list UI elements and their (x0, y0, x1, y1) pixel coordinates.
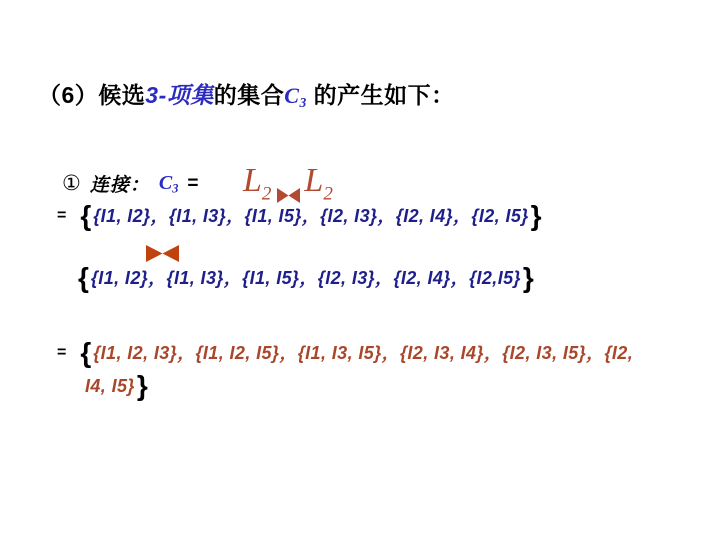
c3-itemsets-text-row1: {I1, I2, I3}，{I1, I2, I5}，{I1, I3, I5}，{… (93, 340, 633, 366)
title-suffix: 的产生如下： (307, 82, 455, 108)
title-c3-symbol: C3 (284, 83, 307, 108)
title-prefix: （6）候选 (38, 82, 145, 108)
close-brace: } (529, 202, 544, 230)
equals-sign: = (187, 173, 198, 195)
equals-sign: = (57, 207, 66, 225)
close-brace: } (521, 264, 536, 292)
join-label: 连接： (90, 170, 150, 197)
c3-result-row2: I4, I5} } (85, 372, 633, 400)
slide: （6）候选3-项集的集合C3 的产生如下： ① 连接： C3 = L2 L2 =… (0, 0, 720, 540)
c3-symbol: C3 (159, 172, 179, 195)
open-brace: { (78, 339, 93, 367)
title-3-itemset-highlight: 3-项集 (145, 82, 213, 108)
c3-result-line: = { {I1, I2, I3}，{I1, I2, I5}，{I1, I3, I… (57, 339, 633, 400)
step-join-line: ① 连接： C3 = (62, 170, 199, 197)
l2-right: L2 (304, 161, 332, 201)
c3-result-row1: = { {I1, I2, I3}，{I1, I2, I5}，{I1, I3, I… (57, 339, 633, 367)
l2-itemsets-text: {I1, I2}，{I1, I3}，{I1, I5}，{I2, I3}，{I2,… (93, 203, 528, 229)
equals-sign: = (57, 344, 66, 362)
c3-itemsets-text-row2: I4, I5} (85, 373, 135, 399)
open-brace: { (76, 264, 91, 292)
circled-one-bullet: ① (62, 171, 81, 196)
slide-title: （6）候选3-项集的集合C3 的产生如下： (38, 80, 455, 111)
title-middle: 的集合 (214, 82, 285, 108)
l2-left: L2 (243, 161, 271, 201)
open-brace: { (78, 202, 93, 230)
l2-itemsets-line: = { {I1, I2}，{I1, I3}，{I1, I5}，{I2, I3}，… (57, 202, 544, 230)
l2-itemsets-text: {I1, I2}，{I1, I3}，{I1, I5}，{I2, I3}，{I2,… (91, 265, 521, 291)
close-brace: } (135, 372, 150, 400)
l2-join-operand-line: { {I1, I2}，{I1, I3}，{I1, I5}，{I2, I3}，{I… (76, 264, 536, 292)
